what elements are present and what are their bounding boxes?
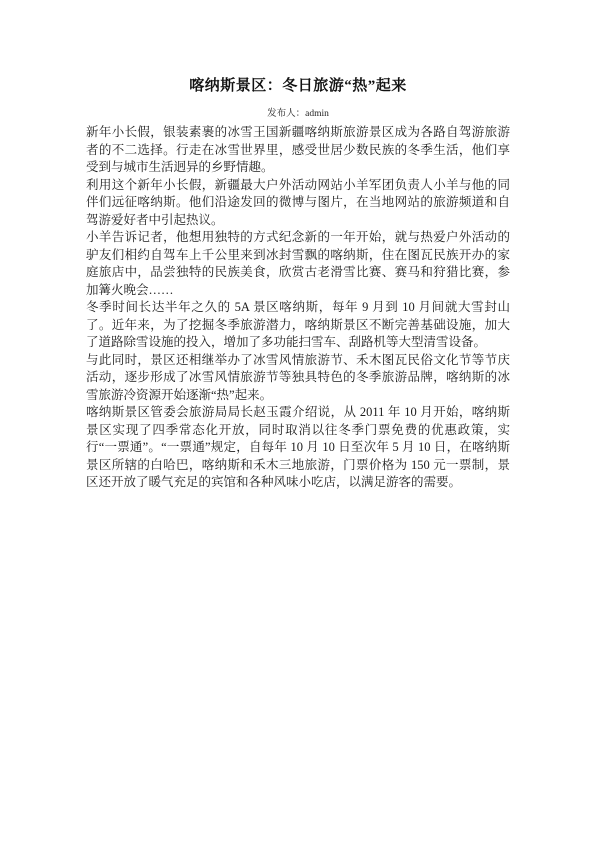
paragraph: 冬季时间长达半年之久的 5A 景区喀纳斯，每年 9 月到 10 月间就大雪封山了…: [86, 299, 510, 352]
paragraph: 喀纳斯景区管委会旅游局局长赵玉霞介绍说，从 2011 年 10 月开始，喀纳斯景…: [86, 404, 510, 492]
paragraph: 小羊告诉记者，他想用独特的方式纪念新的一年开始，就与热爱户外活动的驴友们相约自驾…: [86, 229, 510, 299]
paragraph: 新年小长假，银装素裹的冰雪王国新疆喀纳斯旅游景区成为各路自驾游旅游者的不二选择。…: [86, 124, 510, 177]
document-page: 喀纳斯景区：冬日旅游“热”起来 发布人：admin 新年小长假，银装素裹的冰雪王…: [0, 0, 595, 842]
article-body: 新年小长假，银装素裹的冰雪王国新疆喀纳斯旅游景区成为各路自驾游旅游者的不二选择。…: [86, 124, 510, 492]
publisher-byline: 发布人：admin: [86, 109, 510, 120]
paragraph: 利用这个新年小长假，新疆最大户外活动网站小羊军团负责人小羊与他的同伴们远征喀纳斯…: [86, 177, 510, 230]
article-title: 喀纳斯景区：冬日旅游“热”起来: [86, 78, 510, 94]
paragraph: 与此同时，景区还相继举办了冰雪风情旅游节、禾木图瓦民俗文化节等节庆活动，逐步形成…: [86, 352, 510, 405]
